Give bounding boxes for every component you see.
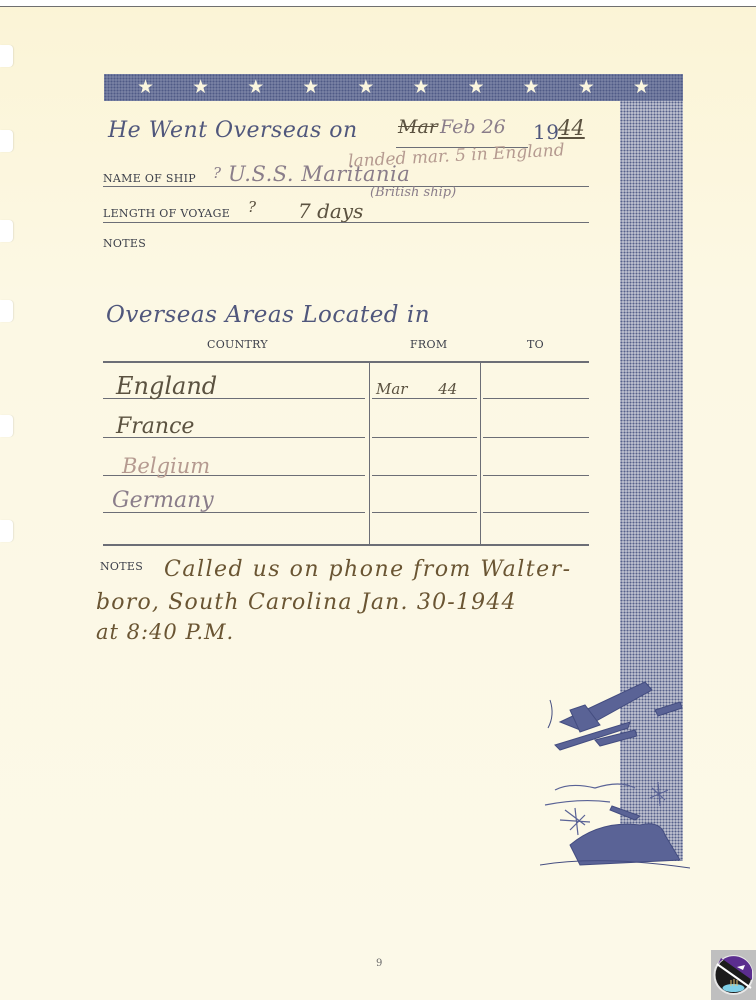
- table-divider-from: [369, 363, 370, 544]
- star-icon: ★: [357, 78, 374, 97]
- column-header-from: FROM: [410, 338, 447, 351]
- row-country: France: [116, 414, 194, 439]
- star-icon: ★: [523, 78, 540, 97]
- table-divider-to: [480, 363, 481, 544]
- squadron-emblem-icon: [711, 950, 756, 1000]
- fighter-plane-icon: [548, 682, 682, 750]
- row-line: [483, 475, 589, 476]
- voyage-value: 7 days: [298, 199, 363, 223]
- table-header-line: [103, 361, 589, 363]
- departure-date: Feb 26: [440, 116, 506, 138]
- ship-mark: ?: [213, 164, 221, 182]
- row-country: Germany: [112, 488, 214, 513]
- page-number: 9: [376, 958, 382, 969]
- scrapbook-page: ★ ★ ★ ★ ★ ★ ★ ★ ★ ★ He Went Overseas on …: [0, 0, 756, 1000]
- star-icon: ★: [302, 78, 319, 97]
- row-line: [372, 475, 477, 476]
- binder-hole: [0, 300, 13, 322]
- star-icon: ★: [137, 78, 154, 97]
- notes-label: NOTES: [103, 237, 146, 250]
- war-artwork: [540, 670, 690, 880]
- areas-heading: Overseas Areas Located in: [106, 302, 430, 328]
- tank-icon: [540, 806, 690, 868]
- row-country: England: [116, 372, 217, 400]
- bottom-notes-line: at 8:40 P.M.: [96, 620, 234, 644]
- row-line: [483, 512, 589, 513]
- ship-note: (British ship): [370, 185, 456, 200]
- bottom-notes-label: NOTES: [100, 560, 143, 573]
- cloud-icon: [545, 784, 635, 805]
- ship-value: U.S.S. Maritania: [228, 162, 410, 186]
- star-icon: ★: [247, 78, 264, 97]
- row-line: [372, 398, 477, 399]
- binder-hole: [0, 130, 13, 152]
- departure-year-written: 44: [558, 116, 585, 140]
- star-icon: ★: [633, 78, 650, 97]
- star-icon: ★: [412, 78, 429, 97]
- voyage-line: [103, 222, 589, 223]
- bottom-notes-line: boro, South Carolina Jan. 30-1944: [96, 590, 517, 615]
- voyage-label: LENGTH OF VOYAGE: [103, 207, 230, 220]
- ship-label: NAME OF SHIP: [103, 172, 196, 185]
- row-line: [483, 437, 589, 438]
- row-country: Belgium: [122, 454, 210, 478]
- binder-hole: [0, 220, 13, 242]
- star-icon: ★: [468, 78, 485, 97]
- star-icon: ★: [192, 78, 209, 97]
- star-banner: ★ ★ ★ ★ ★ ★ ★ ★ ★ ★: [104, 74, 683, 101]
- departure-heading: He Went Overseas on: [108, 118, 358, 143]
- column-header-country: COUNTRY: [207, 338, 268, 351]
- binder-hole: [0, 520, 13, 542]
- column-header-to: TO: [527, 338, 544, 351]
- binder-hole: [0, 415, 13, 437]
- ship-line: [103, 186, 589, 187]
- binder-hole: [0, 45, 13, 67]
- row-from: Mar 44: [376, 380, 457, 398]
- row-line: [372, 437, 477, 438]
- table-bottom-line: [103, 544, 589, 546]
- row-line: [372, 512, 477, 513]
- scan-top-edge: [0, 0, 756, 7]
- star-icon: ★: [578, 78, 595, 97]
- voyage-mark: ?: [248, 198, 256, 216]
- row-line: [483, 398, 589, 399]
- departure-date-struck: Mar: [398, 116, 438, 138]
- bottom-notes-line: Called us on phone from Walter-: [164, 557, 572, 582]
